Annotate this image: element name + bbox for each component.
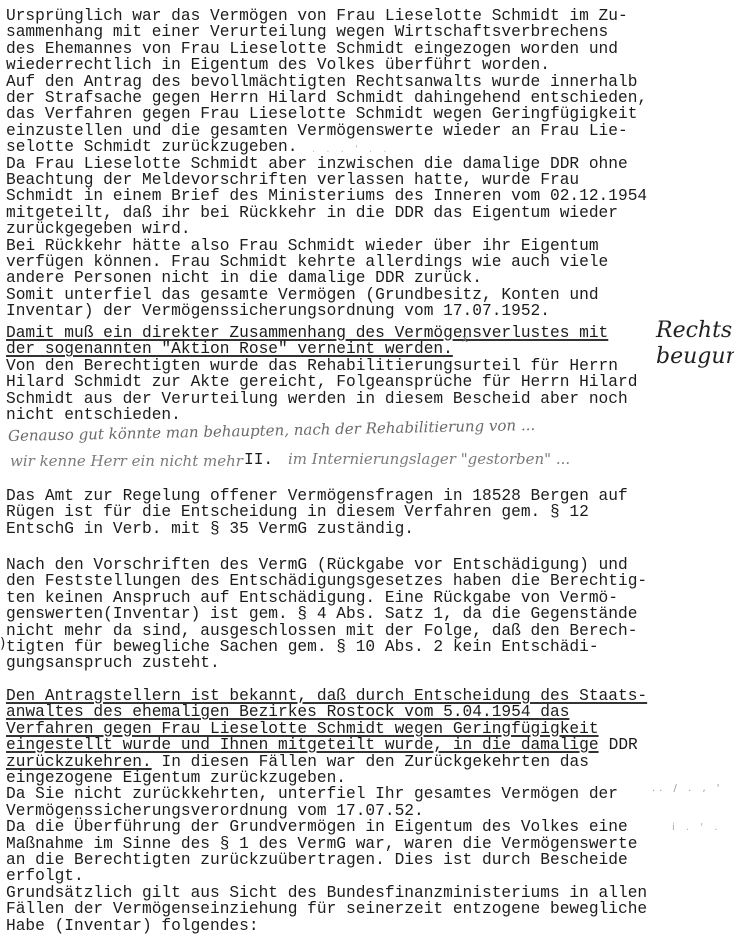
scan-smudge-annotation-2: i . ' . (672, 822, 721, 833)
text-line: der Strafsache gegen Herrn Hilard Schmid… (6, 90, 647, 106)
handwritten-margin-note: Rechts beugung (656, 318, 734, 370)
handwritten-comment-line-2-tail: im Internierungslager "gestorben" ... (288, 450, 570, 468)
text-line: Den Antragstellern ist bekannt, daß durc… (6, 688, 647, 704)
text-line: eingestellt wurde und Ihnen mitgeteilt w… (6, 737, 599, 753)
handwritten-checkmark: x (462, 332, 468, 345)
text-line: anwaltes des ehemaligen Bezirkes Rostock… (6, 704, 569, 720)
text-line: Bei Rückkehr hätte also Frau Schmidt wie… (6, 238, 599, 254)
text-line: an die Berechtigten zurückzuübertragen. … (6, 852, 628, 868)
text-line: Verfahren gegen Frau Lieselotte Schmidt … (6, 721, 599, 737)
text-line: des Ehemannes von Frau Lieselotte Schmid… (6, 41, 618, 57)
text-line: Vermögenssicherungsverordnung vom 17.07.… (6, 803, 424, 819)
text-line: gungsanspruch zusteht. (6, 655, 220, 671)
scan-smudge: . . . ' . . (312, 144, 391, 155)
text-line: Da Frau Lieselotte Schmidt aber inzwisch… (6, 156, 628, 172)
text-line: mitgeteilt, daß ihr bei Rückkehr in die … (6, 205, 618, 221)
text-line: eingezogene Eigentum zurückzugeben. (6, 770, 346, 786)
handwritten-comment-line-2: wir kenne Herr ein nicht mehr (10, 452, 243, 470)
text-line: wiederrechtlich in Eigentum des Volkes ü… (6, 57, 550, 73)
text-line: Maßnahme im Sinne des § 1 des VermG war,… (6, 836, 637, 852)
text-line: Grundsätzlich gilt aus Sicht des Bundesf… (6, 885, 647, 901)
text-line: erfolgt. (6, 868, 84, 884)
text-line: der sogenannten "Aktion Rose" verneint w… (6, 341, 453, 357)
text-line: nicht mehr da sind, ausgeschlossen mit d… (6, 623, 637, 639)
text-line: EntschG in Verb. mit § 35 VermG zuständi… (6, 521, 414, 537)
text-line: Da die Überführung der Grundvermögen in … (6, 819, 628, 835)
margin-bracket-mark: ) (0, 636, 5, 652)
section-marker-roman-two: II. (244, 452, 273, 468)
text-line: Schmidt in einem Brief des Ministeriums … (6, 188, 647, 204)
text-line: Damit muß ein direkter Zusammenhang des … (6, 325, 608, 341)
text-line: Fällen der Vermögenseinziehung für seine… (6, 901, 647, 917)
text-line-tail: In diesen Fällen war den Zurückgekehrten… (152, 754, 589, 770)
text-line: Ursprünglich war das Vermögen von Frau L… (6, 8, 628, 24)
text-line: den Feststellungen des Entschädigungsges… (6, 573, 647, 589)
text-line: Somit unterfiel das gesamte Vermögen (Gr… (6, 287, 599, 303)
text-line: Nach den Vorschriften des VermG (Rückgab… (6, 557, 628, 573)
text-line: selotte Schmidt zurückzugeben. (6, 139, 297, 155)
text-line: Von den Berechtigten wurde das Rehabilit… (6, 358, 618, 374)
text-line: zurückzukehren. (6, 754, 152, 770)
text-line: Inventar) der Vermögenssicherungsordnung… (6, 303, 550, 319)
text-line: sammenhang mit einer Verurteilung wegen … (6, 24, 608, 40)
text-line: nicht entschieden. (6, 407, 181, 423)
text-line: Schmidt aus der Verurteilung werden in d… (6, 391, 628, 407)
text-line: das Verfahren gegen Frau Lieselotte Schm… (6, 106, 637, 122)
text-line-tail: DDR (599, 737, 638, 753)
text-line: andere Personen nicht in die damalige DD… (6, 270, 482, 286)
text-line: Hilard Schmidt zur Akte gereicht, Folgea… (6, 374, 637, 390)
text-line: ten keinen Anspruch auf Entschädigung. E… (6, 590, 618, 606)
text-line: Rügen ist für die Entscheidung in diesem… (6, 504, 589, 520)
text-line: Auf den Antrag des bevollmächtigten Rech… (6, 74, 637, 90)
text-line: verfügen können. Frau Schmidt kehrte all… (6, 254, 608, 270)
text-line: tigten für bewegliche Sachen gem. § 10 A… (6, 639, 599, 655)
scanned-document-page: Ursprünglich war das Vermögen von Frau L… (0, 0, 734, 942)
text-line: Da Sie nicht zurückkehrten, unterfiel Ih… (6, 786, 618, 802)
text-line: Habe (Inventar) folgendes: (6, 918, 259, 934)
text-line: einzustellen und die gesamten Vermögensw… (6, 123, 628, 139)
scan-smudge-annotation: .. / . , ' (652, 783, 724, 794)
text-line: Das Amt zur Regelung offener Vermögensfr… (6, 488, 628, 504)
text-line: zurückgegeben wird. (6, 221, 191, 237)
text-line: Beachtung der Meldevorschriften verlasse… (6, 172, 579, 188)
text-line: genswerten(Inventar) ist gem. § 4 Abs. S… (6, 606, 637, 622)
